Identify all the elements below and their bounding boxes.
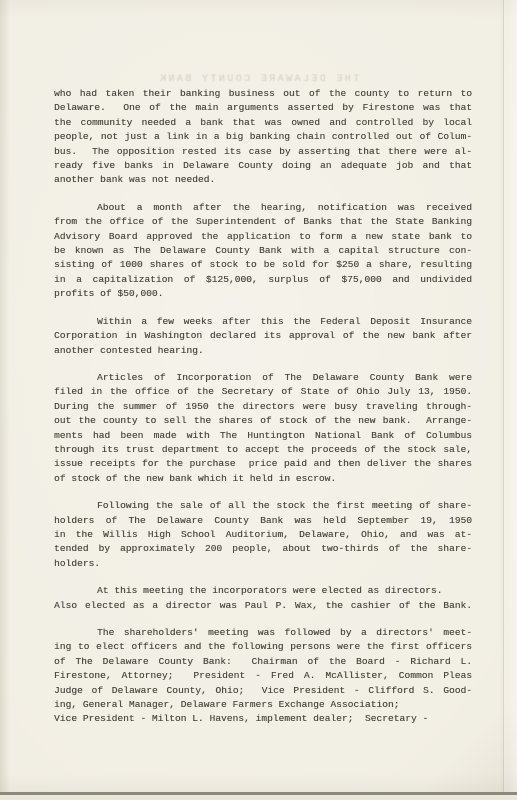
- text-line: people, not just a link in a big banking…: [54, 130, 472, 144]
- text-line: holders.: [54, 557, 472, 571]
- text-line: profits of $50,000.: [54, 287, 472, 301]
- text-line: the community needed a bank that was own…: [54, 116, 472, 130]
- text-line: sisting of 1000 shares of stock to be so…: [54, 258, 472, 272]
- text-line: Judge of Delaware County, Ohio; Vice Pre…: [54, 684, 472, 698]
- text-line: bus. The opposition rested its case by a…: [54, 145, 472, 159]
- text-line: At this meeting the incorporators were e…: [54, 584, 472, 598]
- text-line: Within a few weeks after this the Federa…: [54, 315, 472, 329]
- text-line: tended by approximately 200 people, abou…: [54, 542, 472, 556]
- page-crease: [503, 0, 504, 800]
- text-line: Corporation in Washington declared its a…: [54, 329, 472, 343]
- text-line: another contested hearing.: [54, 344, 472, 358]
- text-line: ing, General Manager, Delaware Farmers E…: [54, 698, 472, 712]
- text-line: of The Delaware County Bank: Chairman of…: [54, 655, 472, 669]
- text-line: ing to elect officers and the following …: [54, 640, 472, 654]
- text-line: The shareholders' meeting was followed b…: [54, 626, 472, 640]
- scanner-background-strip: [0, 795, 517, 800]
- text-line: About a month after the hearing, notific…: [54, 201, 472, 215]
- text-line: Firestone, Attorney; President - Fred A.…: [54, 669, 472, 683]
- paragraph: Following the sale of all the stock the …: [54, 499, 472, 571]
- scanned-page: THE DELAWARE COUNTY BANK who had taken t…: [0, 0, 517, 800]
- text-line: ments had been made with The Huntington …: [54, 429, 472, 443]
- paragraph: About a month after the hearing, notific…: [54, 201, 472, 302]
- text-line: Articles of Incorporation of The Delawar…: [54, 371, 472, 385]
- paragraph: Within a few weeks after this the Federa…: [54, 315, 472, 358]
- text-line: Delaware. One of the main arguments asse…: [54, 101, 472, 115]
- text-line: through its trust department to accept t…: [54, 443, 472, 457]
- text-line: who had taken their banking business out…: [54, 87, 472, 101]
- text-line: in the Willis High School Auditorium, De…: [54, 528, 472, 542]
- text-line: be known as The Delaware County Bank wit…: [54, 244, 472, 258]
- text-line: holders of The Delaware County Bank was …: [54, 514, 472, 528]
- text-line: Also elected as a director was Paul P. W…: [54, 599, 472, 613]
- bleed-through-text: THE DELAWARE COUNTY BANK: [0, 74, 517, 85]
- text-line: from the office of the Superintendent of…: [54, 215, 472, 229]
- text-line: ready five banks in Delaware County doin…: [54, 159, 472, 173]
- text-line: out the county to sell the shares of sto…: [54, 414, 472, 428]
- text-line: Vice President - Milton L. Havens, imple…: [54, 712, 472, 726]
- text-line: in a capitalization of $125,000, surplus…: [54, 273, 472, 287]
- text-line: Following the sale of all the stock the …: [54, 499, 472, 513]
- text-line: Advisory Board approved the application …: [54, 230, 472, 244]
- text-line: of stock of the new bank which it held i…: [54, 472, 472, 486]
- text-line: another bank was not needed.: [54, 173, 472, 187]
- paragraph: who had taken their banking business out…: [54, 87, 472, 188]
- text-line: issue receipts for the purchase price pa…: [54, 457, 472, 471]
- text-line: filed in the office of the Secretary of …: [54, 385, 472, 399]
- text-line: During the summer of 1950 the directors …: [54, 400, 472, 414]
- paragraph: Articles of Incorporation of The Delawar…: [54, 371, 472, 486]
- paragraph: The shareholders' meeting was followed b…: [54, 626, 472, 727]
- page-text: who had taken their banking business out…: [54, 87, 472, 727]
- paragraph: At this meeting the incorporators were e…: [54, 584, 472, 613]
